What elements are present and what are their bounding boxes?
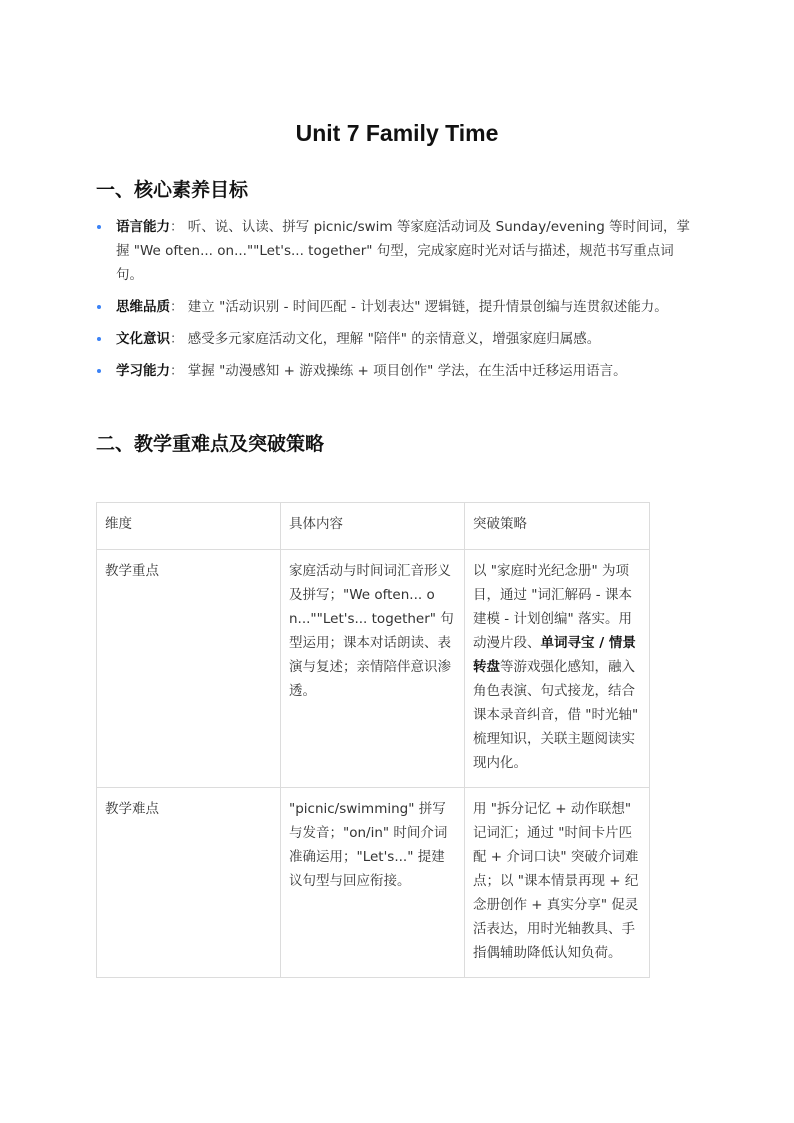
bullet-label: 学习能力	[116, 363, 170, 379]
colon: ：	[170, 363, 184, 379]
dimension-cell: 教学难点	[97, 788, 281, 978]
bullet-text: 感受多元家庭活动文化，理解 "陪伴" 的亲情意义，增强家庭归属感。	[188, 331, 601, 347]
list-item: 学习能力： 掌握 "动漫感知 + 游戏操练 + 项目创作" 学法，在生活中迁移运…	[96, 359, 696, 383]
bullet-icon	[97, 225, 101, 229]
strategy-text: 等游戏强化感知，融入角色表演、句式接龙，结合课本录音纠音，借 "时光轴" 梳理知…	[473, 659, 638, 771]
section-heading-key-difficulties: 二、教学重难点及突破策略	[96, 429, 324, 456]
bullet-label: 语言能力	[116, 219, 170, 235]
header-cell: 突破策略	[465, 503, 650, 550]
table-header-row: 维度 具体内容 突破策略	[97, 503, 650, 550]
core-goals-list: 语言能力： 听、说、认读、拼写 picnic/swim 等家庭活动词及 Sund…	[96, 215, 696, 391]
bullet-text: 听、说、认读、拼写 picnic/swim 等家庭活动词及 Sunday/eve…	[116, 219, 690, 283]
list-item: 思维品质： 建立 "活动识别 - 时间匹配 - 计划表达" 逻辑链，提升情景创编…	[96, 295, 696, 319]
list-item: 语言能力： 听、说、认读、拼写 picnic/swim 等家庭活动词及 Sund…	[96, 215, 696, 287]
header-cell: 具体内容	[281, 503, 465, 550]
colon: ：	[170, 219, 184, 235]
list-item: 文化意识： 感受多元家庭活动文化，理解 "陪伴" 的亲情意义，增强家庭归属感。	[96, 327, 696, 351]
table-row: 教学难点 "picnic/swimming" 拼写与发音；"on/in" 时间介…	[97, 788, 650, 978]
strategy-text: 用 "拆分记忆 + 动作联想" 记词汇；通过 "时间卡片匹配 + 介词口诀" 突…	[473, 801, 638, 961]
bullet-label: 文化意识	[116, 331, 170, 347]
bullet-icon	[97, 305, 101, 309]
bullet-text: 建立 "活动识别 - 时间匹配 - 计划表达" 逻辑链，提升情景创编与连贯叙述能…	[188, 299, 668, 315]
dimension-cell: 教学重点	[97, 550, 281, 788]
section-heading-core-goals: 一、核心素养目标	[96, 175, 248, 202]
bullet-icon	[97, 369, 101, 373]
content-cell: "picnic/swimming" 拼写与发音；"on/in" 时间介词准确运用…	[281, 788, 465, 978]
strategy-cell: 以 "家庭时光纪念册" 为项目，通过 "词汇解码 - 课本建模 - 计划创编" …	[465, 550, 650, 788]
colon: ：	[170, 331, 184, 347]
bullet-icon	[97, 337, 101, 341]
table-row: 教学重点 家庭活动与时间词汇音形义及拼写；"We often... on..."…	[97, 550, 650, 788]
header-cell: 维度	[97, 503, 281, 550]
colon: ：	[170, 299, 184, 315]
strategy-table: 维度 具体内容 突破策略 教学重点 家庭活动与时间词汇音形义及拼写；"We of…	[96, 502, 650, 978]
document-title: Unit 7 Family Time	[96, 120, 698, 147]
bullet-text: 掌握 "动漫感知 + 游戏操练 + 项目创作" 学法，在生活中迁移运用语言。	[188, 363, 627, 379]
content-cell: 家庭活动与时间词汇音形义及拼写；"We often... on...""Let'…	[281, 550, 465, 788]
strategy-cell: 用 "拆分记忆 + 动作联想" 记词汇；通过 "时间卡片匹配 + 介词口诀" 突…	[465, 788, 650, 978]
bullet-label: 思维品质	[116, 299, 170, 315]
